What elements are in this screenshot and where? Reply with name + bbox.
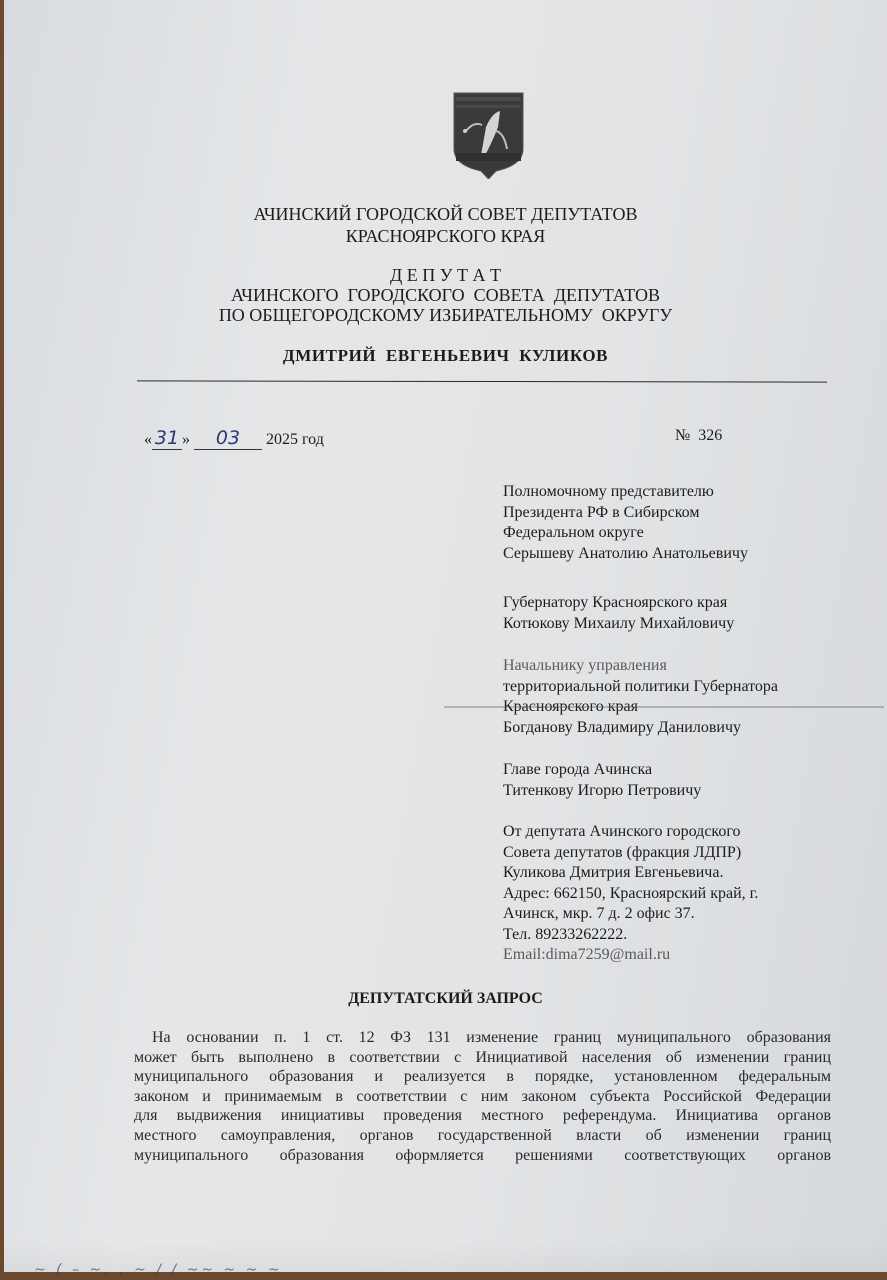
sender-line: Совета депутатов (фракция ЛДПР) [503, 843, 758, 864]
recipient-line: Титенкову Игорю Петровичу [503, 781, 701, 802]
scan-streak [444, 706, 884, 708]
document-number: № 326 [675, 427, 722, 445]
deputy-district: ПО ОБЩЕГОРОДСКОМУ ИЗБИРАТЕЛЬНОМУ ОКРУГУ [4, 305, 887, 325]
header-divider [137, 380, 827, 382]
recipient-line: Главе города Ачинска [503, 760, 701, 781]
body-line: законом и принимаемым в соответствии с н… [134, 1087, 831, 1107]
sender-email: Email:dima7259@mail.ru [503, 945, 758, 966]
recipient-line: Котюкову Михаилу Михайловичу [503, 614, 734, 635]
council-region: КРАСНОЯРСКОГО КРАЯ [4, 225, 887, 247]
date-month: 03 [194, 427, 262, 450]
body-line: местного самоуправления, органов государ… [134, 1126, 831, 1146]
number-label: № [675, 427, 690, 444]
date-close-quote: » [182, 431, 190, 448]
recipient-line: Федеральном округе [503, 523, 748, 544]
request-body: На основании п. 1 ст. 12 ФЗ 131 изменени… [134, 1028, 831, 1165]
recipient-governor: Губернатору Красноярского края Котюкову … [503, 593, 734, 634]
sender-address: Адрес: 662150, Красноярский край, г. [503, 884, 758, 905]
deputy-header: Д Е П У Т А Т АЧИНСКОГО ГОРОДСКОГО СОВЕТ… [4, 265, 887, 325]
date-year: 2025 год [266, 431, 324, 448]
sender-line: Куликова Дмитрия Евгеньевича. [503, 863, 758, 884]
council-header: АЧИНСКИЙ ГОРОДСКОЙ СОВЕТ ДЕПУТАТОВ КРАСН… [4, 203, 887, 247]
sender-line: От депутата Ачинского городского [503, 822, 758, 843]
recipient-line: Серышеву Анатолию Анатольевичу [503, 544, 748, 565]
body-line: муниципального образования оформляется р… [134, 1146, 831, 1166]
body-line: На основании п. 1 ст. 12 ФЗ 131 изменени… [134, 1028, 831, 1048]
document-page: АЧИНСКИЙ ГОРОДСКОЙ СОВЕТ ДЕПУТАТОВ КРАСН… [4, 0, 887, 1272]
city-coat-of-arms-icon [452, 91, 525, 179]
recipient-line: Богданову Владимиру Даниловичу [503, 718, 778, 739]
recipient-department-head: Начальнику управления территориальной по… [503, 656, 778, 738]
bleed-through-handwriting: ~ ( – ~, , ~ / / ~~ ~ ~ ~ [34, 1262, 283, 1278]
number-value: 326 [698, 427, 722, 444]
recipient-line: Губернатору Красноярского края [503, 593, 734, 614]
deputy-council: АЧИНСКОГО ГОРОДСКОГО СОВЕТА ДЕПУТАТОВ [4, 285, 887, 305]
deputy-title: Д Е П У Т А Т [4, 265, 887, 285]
recipient-line: Полномочному представителю [503, 482, 748, 503]
sender-phone: Тел. 89233262222. [503, 925, 758, 946]
body-line: для выдвижения инициативы проведения мес… [134, 1106, 831, 1126]
sender-address: Ачинск, мкр. 7 д. 2 офис 37. [503, 904, 758, 925]
recipient-line: Президента РФ в Сибирском [503, 503, 748, 524]
date-open-quote: « [144, 431, 152, 448]
recipient-line: Начальнику управления [503, 656, 778, 677]
recipient-city-head: Главе города Ачинска Титенкову Игорю Пет… [503, 760, 701, 801]
body-line: муниципального образования и реализуется… [134, 1067, 831, 1087]
sender-block: От депутата Ачинского городского Совета … [503, 822, 758, 966]
date-day: 31 [152, 427, 182, 450]
recipient-plenipotentiary: Полномочному представителю Президента РФ… [503, 482, 748, 564]
document-date: «31» 03 2025 год [144, 427, 324, 450]
deputy-name: ДМИТРИЙ ЕВГЕНЬЕВИЧ КУЛИКОВ [4, 346, 887, 366]
council-name: АЧИНСКИЙ ГОРОДСКОЙ СОВЕТ ДЕПУТАТОВ [4, 203, 887, 225]
document-title: ДЕПУТАТСКИЙ ЗАПРОС [4, 990, 887, 1008]
recipient-line: территориальной политики Губернатора [503, 677, 778, 698]
body-line: может быть выполнено в соответствии с Ин… [134, 1048, 831, 1068]
